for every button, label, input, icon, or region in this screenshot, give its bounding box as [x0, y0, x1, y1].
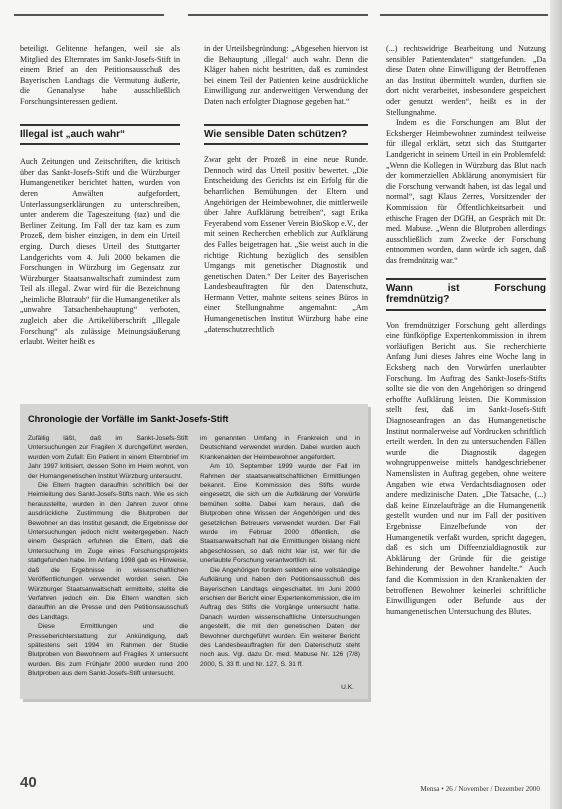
- column-2-intro: in der Urteilsbegründung: „Abgesehen hie…: [204, 44, 368, 108]
- article-column-2: in der Urteilsbegründung: „Abgesehen hie…: [204, 44, 368, 335]
- section-heading-fremdnuetzig: Wann ist Forschung fremdnützig?: [386, 278, 546, 310]
- chronology-paragraph: Diese Ermittlungen und die Pressebericht…: [28, 622, 188, 678]
- top-rule: [14, 14, 164, 16]
- top-rule: [188, 14, 368, 16]
- chronology-title: Chronologie der Vorfälle im Sankt-Josefs…: [28, 414, 228, 424]
- chronology-box: Chronologie der Vorfälle im Sankt-Josefs…: [20, 404, 368, 699]
- chronology-column-left: Zufällig läßt, daß im Sankt-Josefs-Stift…: [28, 434, 188, 679]
- page-edge-shadow: [550, 0, 562, 809]
- magazine-page: beteiligt. Gelitenne hefangen, weil sie …: [0, 0, 562, 809]
- chronology-paragraph: im genannten Umfang in Frankreich und in…: [200, 434, 360, 462]
- column-1-body: Auch Zeitungen und Zeitschriften, die kr…: [20, 157, 180, 348]
- column-3-intro: (...) rechtswidrige Bearbeitung und Nutz…: [386, 44, 546, 118]
- article-column-3: (...) rechtswidrige Bearbeitung und Nutz…: [386, 44, 546, 617]
- page-number: 40: [20, 774, 37, 791]
- column-3-body: Von fremdnütziger Forschung geht allerdi…: [386, 321, 546, 618]
- chronology-paragraph: Am 10. September 1999 wurde der Fall im …: [200, 462, 360, 565]
- chronology-paragraph: Die Eltern fragten daraufhin schriftlich…: [28, 481, 188, 622]
- chronology-signature: U.K.: [341, 684, 354, 691]
- article-column-1: beteiligt. Gelitenne hefangen, weil sie …: [20, 44, 180, 348]
- column-3-body-part2: Indem es die Forschungen am Blut der Eck…: [386, 118, 546, 266]
- column-1-intro: beteiligt. Gelitenne hefangen, weil sie …: [20, 44, 180, 108]
- column-2-body: Zwar geht der Prozeß in eine neue Runde.…: [204, 155, 368, 335]
- page-footer: Mensa • 26 / November / Dezember 2000: [420, 785, 540, 793]
- chronology-column-right: im genannten Umfang in Frankreich und in…: [200, 434, 360, 669]
- section-heading-sensible-daten: Wie sensible Daten schützen?: [204, 124, 368, 146]
- top-rule: [380, 14, 548, 16]
- chronology-paragraph: Zufällig läßt, daß im Sankt-Josefs-Stift…: [28, 434, 188, 481]
- section-heading-illegal: Illegal ist „auch wahr“: [20, 124, 180, 146]
- chronology-paragraph: Die Angehörigen fordern seitdem eine vol…: [200, 566, 360, 669]
